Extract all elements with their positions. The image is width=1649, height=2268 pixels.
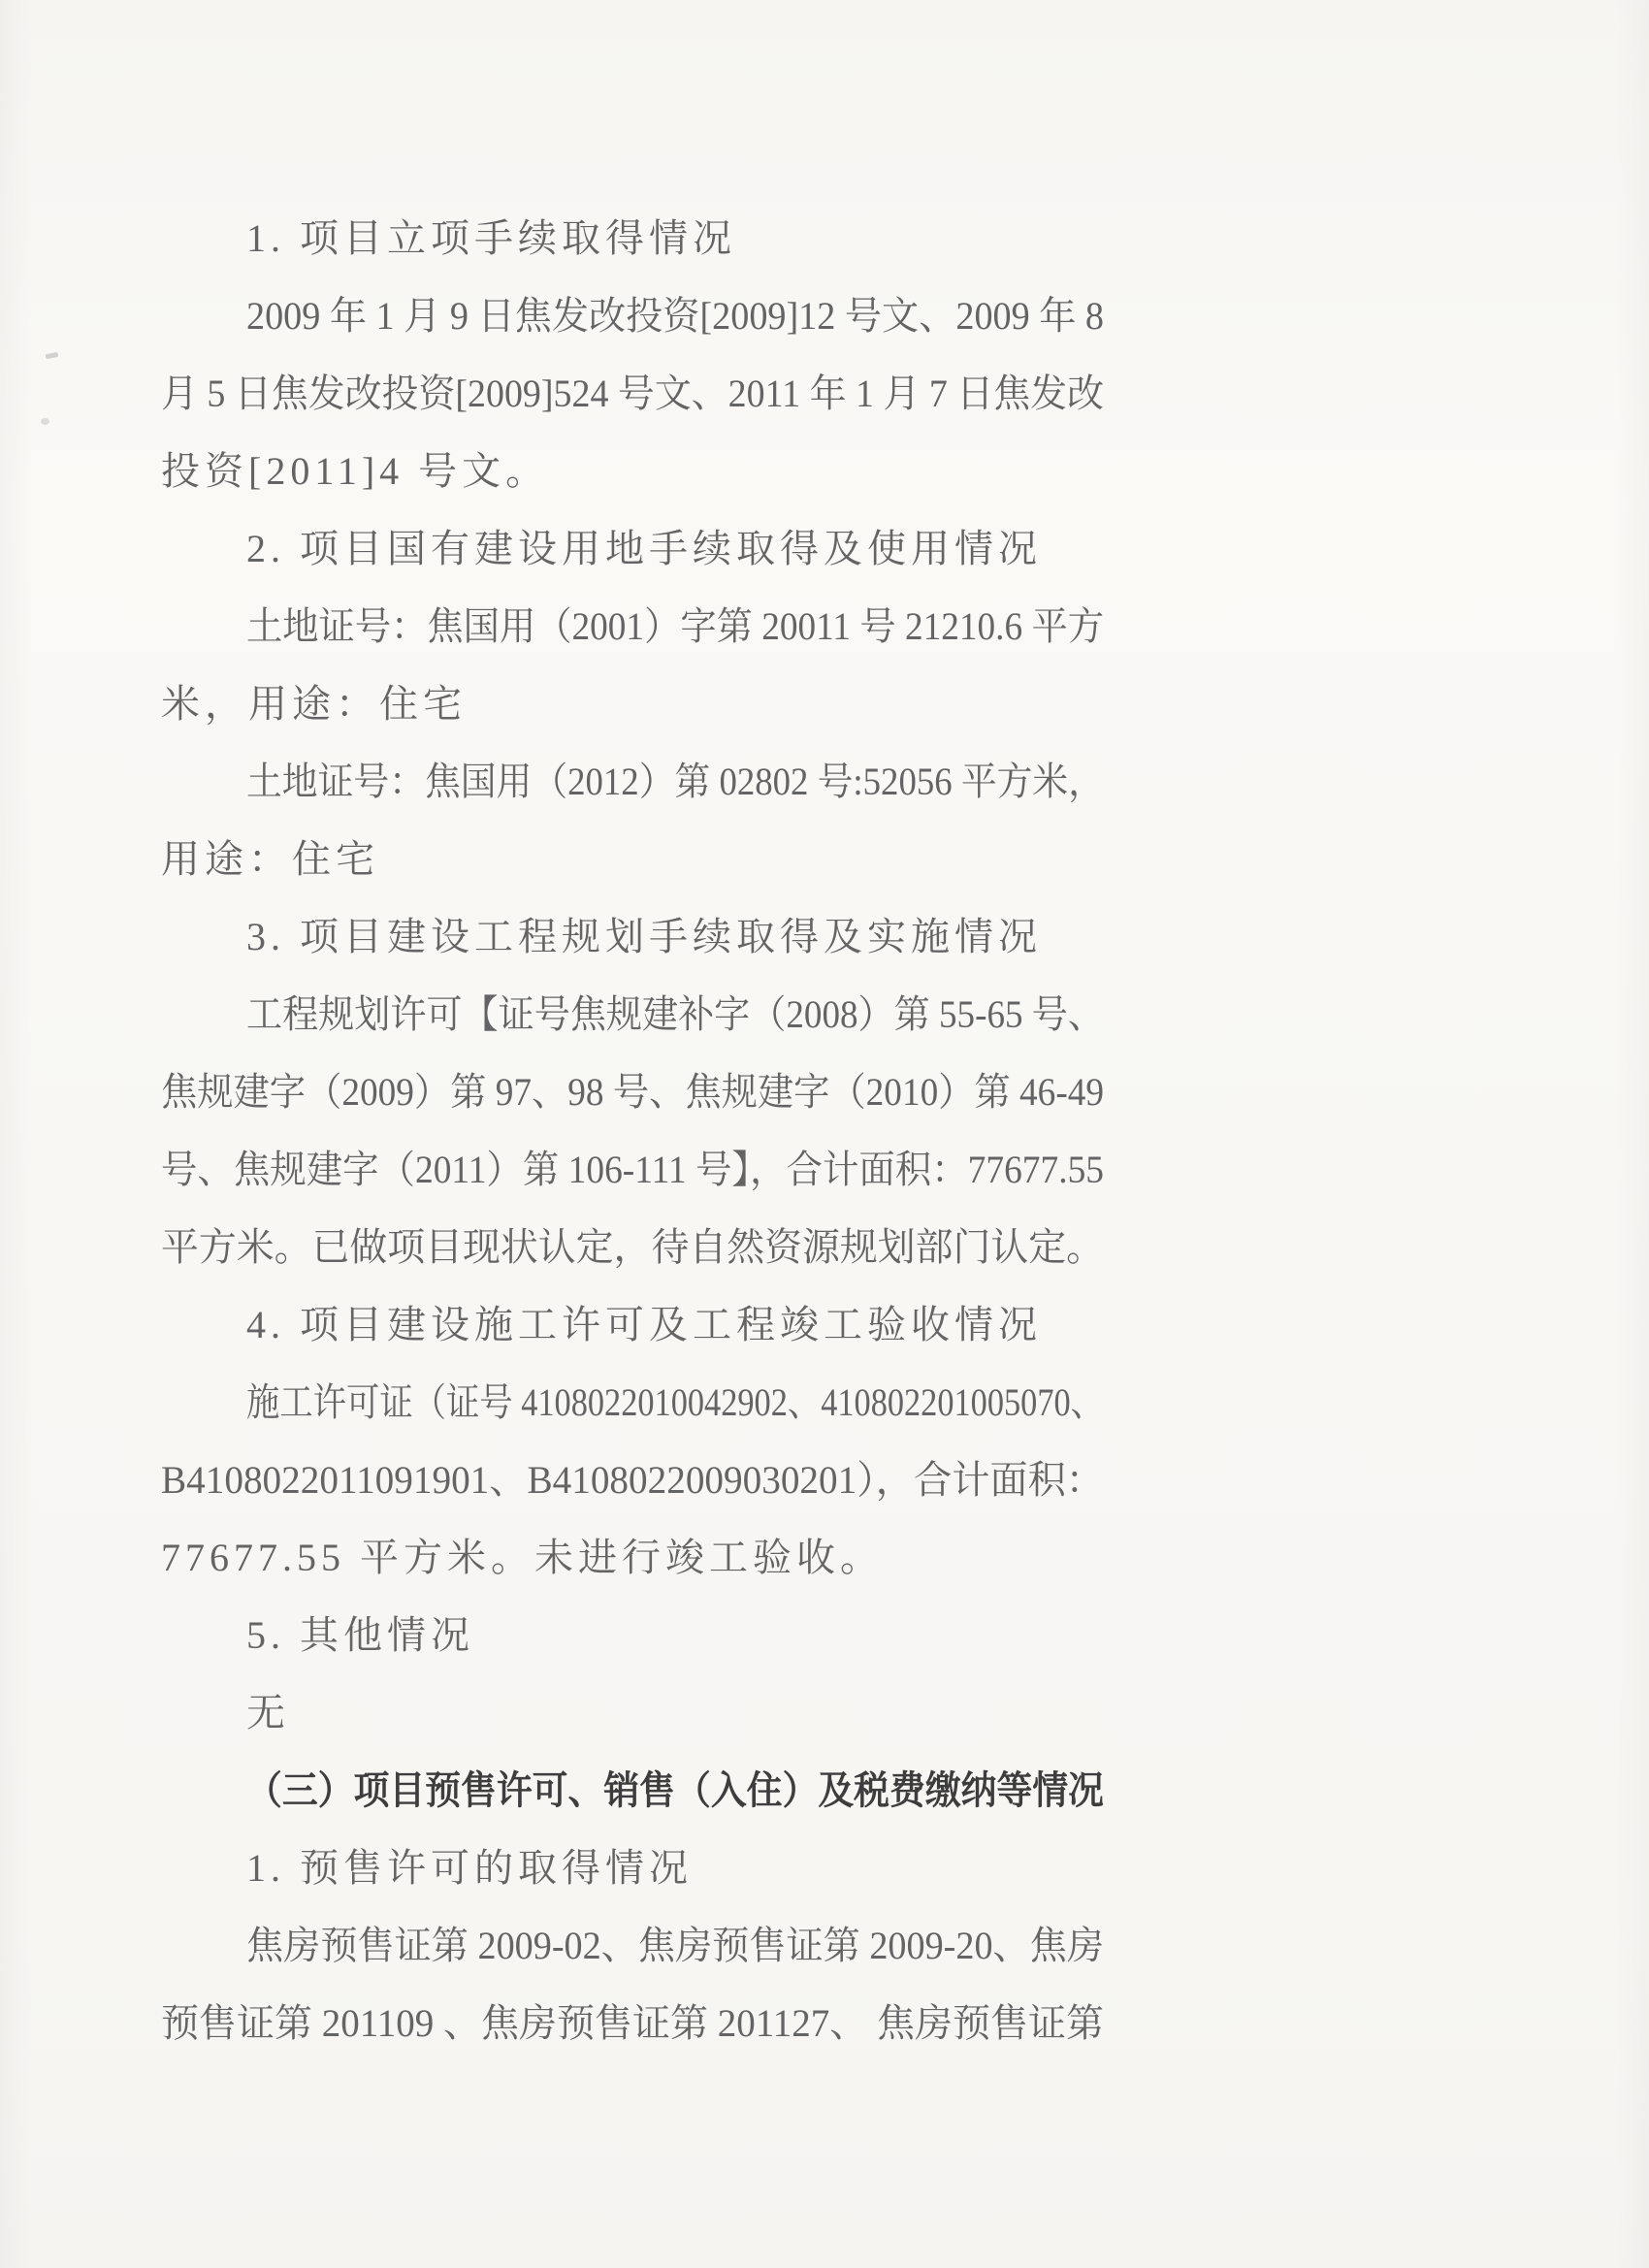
document-line: 1. 预售许可的取得情况 xyxy=(161,1830,1104,1907)
document-line: 土地证号：焦国用（2012）第 02802 号:52056 平方米， xyxy=(161,743,1104,821)
document-line: （三）项目预售许可、销售（入住）及税费缴纳等情况 xyxy=(161,1752,1104,1830)
document-line: 米，用途：住宅 xyxy=(161,665,1104,743)
document-line-text: 土地证号：焦国用（2012）第 02802 号:52056 平方米， xyxy=(246,743,1104,821)
document-line-text: 用途：住宅 xyxy=(161,821,379,898)
document-line-text: 1. 预售许可的取得情况 xyxy=(246,1830,693,1907)
scan-artifact xyxy=(41,418,49,425)
document-line-text: 投资[2011]4 号文。 xyxy=(161,433,549,510)
document-line-text: 5. 其他情况 xyxy=(246,1597,474,1674)
document-line: 5. 其他情况 xyxy=(161,1597,1104,1674)
document-line: 1. 项目立项手续取得情况 xyxy=(161,200,1104,277)
document-line-text: 3. 项目建设工程规划手续取得及实施情况 xyxy=(246,898,1042,976)
scan-artifact xyxy=(46,352,59,359)
document-line-text: 施工许可证（证号 4108022010042902、41080220100507… xyxy=(246,1364,1104,1442)
document-line: 3. 项目建设工程规划手续取得及实施情况 xyxy=(161,898,1104,976)
document-page: 1. 项目立项手续取得情况2009 年 1 月 9 日焦发改投资[2009]12… xyxy=(0,0,1649,2268)
document-line-text: 1. 项目立项手续取得情况 xyxy=(246,200,736,277)
document-line-text: 2009 年 1 月 9 日焦发改投资[2009]12 号文、2009 年 8 xyxy=(246,277,1104,355)
document-line-text: 77677.55 平方米。未进行竣工验收。 xyxy=(161,1519,884,1597)
document-line: 无 xyxy=(161,1674,1104,1752)
document-line-text: 平方米。已做项目现状认定，待自然资源规划部门认定。 xyxy=(161,1209,1104,1286)
document-line-text: （三）项目预售许可、销售（入住）及税费缴纳等情况 xyxy=(246,1752,1104,1830)
document-line-text: 米，用途：住宅 xyxy=(161,665,467,743)
document-line-text: 预售证第 201109 、焦房预售证第 201127、 焦房预售证第 xyxy=(161,1985,1104,2062)
document-line-text: 月 5 日焦发改投资[2009]524 号文、2011 年 1 月 7 日焦发改 xyxy=(161,355,1104,433)
document-line: 4. 项目建设施工许可及工程竣工验收情况 xyxy=(161,1286,1104,1364)
document-line-text: 号、焦规建字（2011）第 106-111 号】，合计面积：77677.55 xyxy=(161,1131,1104,1209)
document-line: 施工许可证（证号 4108022010042902、41080220100507… xyxy=(161,1364,1104,1442)
document-line-text: B4108022011091901、B4108022009030201），合计面… xyxy=(161,1442,1104,1519)
document-line: 焦规建字（2009）第 97、98 号、焦规建字（2010）第 46-49 xyxy=(161,1053,1104,1131)
document-line-text: 焦规建字（2009）第 97、98 号、焦规建字（2010）第 46-49 xyxy=(161,1053,1104,1131)
document-line: 号、焦规建字（2011）第 106-111 号】，合计面积：77677.55 xyxy=(161,1131,1104,1209)
document-line: 预售证第 201109 、焦房预售证第 201127、 焦房预售证第 xyxy=(161,1985,1104,2062)
document-line: 土地证号：焦国用（2001）字第 20011 号 21210.6 平方 xyxy=(161,588,1104,665)
document-line: 投资[2011]4 号文。 xyxy=(161,433,1104,510)
document-line: 平方米。已做项目现状认定，待自然资源规划部门认定。 xyxy=(161,1209,1104,1286)
document-line-text: 工程规划许可【证号焦规建补字（2008）第 55-65 号、 xyxy=(246,976,1104,1053)
document-line-text: 焦房预售证第 2009-02、焦房预售证第 2009-20、焦房 xyxy=(246,1907,1104,1985)
document-line: 工程规划许可【证号焦规建补字（2008）第 55-65 号、 xyxy=(161,976,1104,1053)
document-text-block: 1. 项目立项手续取得情况2009 年 1 月 9 日焦发改投资[2009]12… xyxy=(161,200,1104,2062)
document-line-text: 4. 项目建设施工许可及工程竣工验收情况 xyxy=(246,1286,1042,1364)
document-line: 焦房预售证第 2009-02、焦房预售证第 2009-20、焦房 xyxy=(161,1907,1104,1985)
document-line-text: 2. 项目国有建设用地手续取得及使用情况 xyxy=(246,510,1042,588)
document-line-text: 土地证号：焦国用（2001）字第 20011 号 21210.6 平方 xyxy=(246,588,1104,665)
document-line-text: 无 xyxy=(246,1674,290,1752)
document-line: 77677.55 平方米。未进行竣工验收。 xyxy=(161,1519,1104,1597)
document-line: 月 5 日焦发改投资[2009]524 号文、2011 年 1 月 7 日焦发改 xyxy=(161,355,1104,433)
document-line: 2009 年 1 月 9 日焦发改投资[2009]12 号文、2009 年 8 xyxy=(161,277,1104,355)
document-line: B4108022011091901、B4108022009030201），合计面… xyxy=(161,1442,1104,1519)
document-line: 2. 项目国有建设用地手续取得及使用情况 xyxy=(161,510,1104,588)
document-line: 用途：住宅 xyxy=(161,821,1104,898)
